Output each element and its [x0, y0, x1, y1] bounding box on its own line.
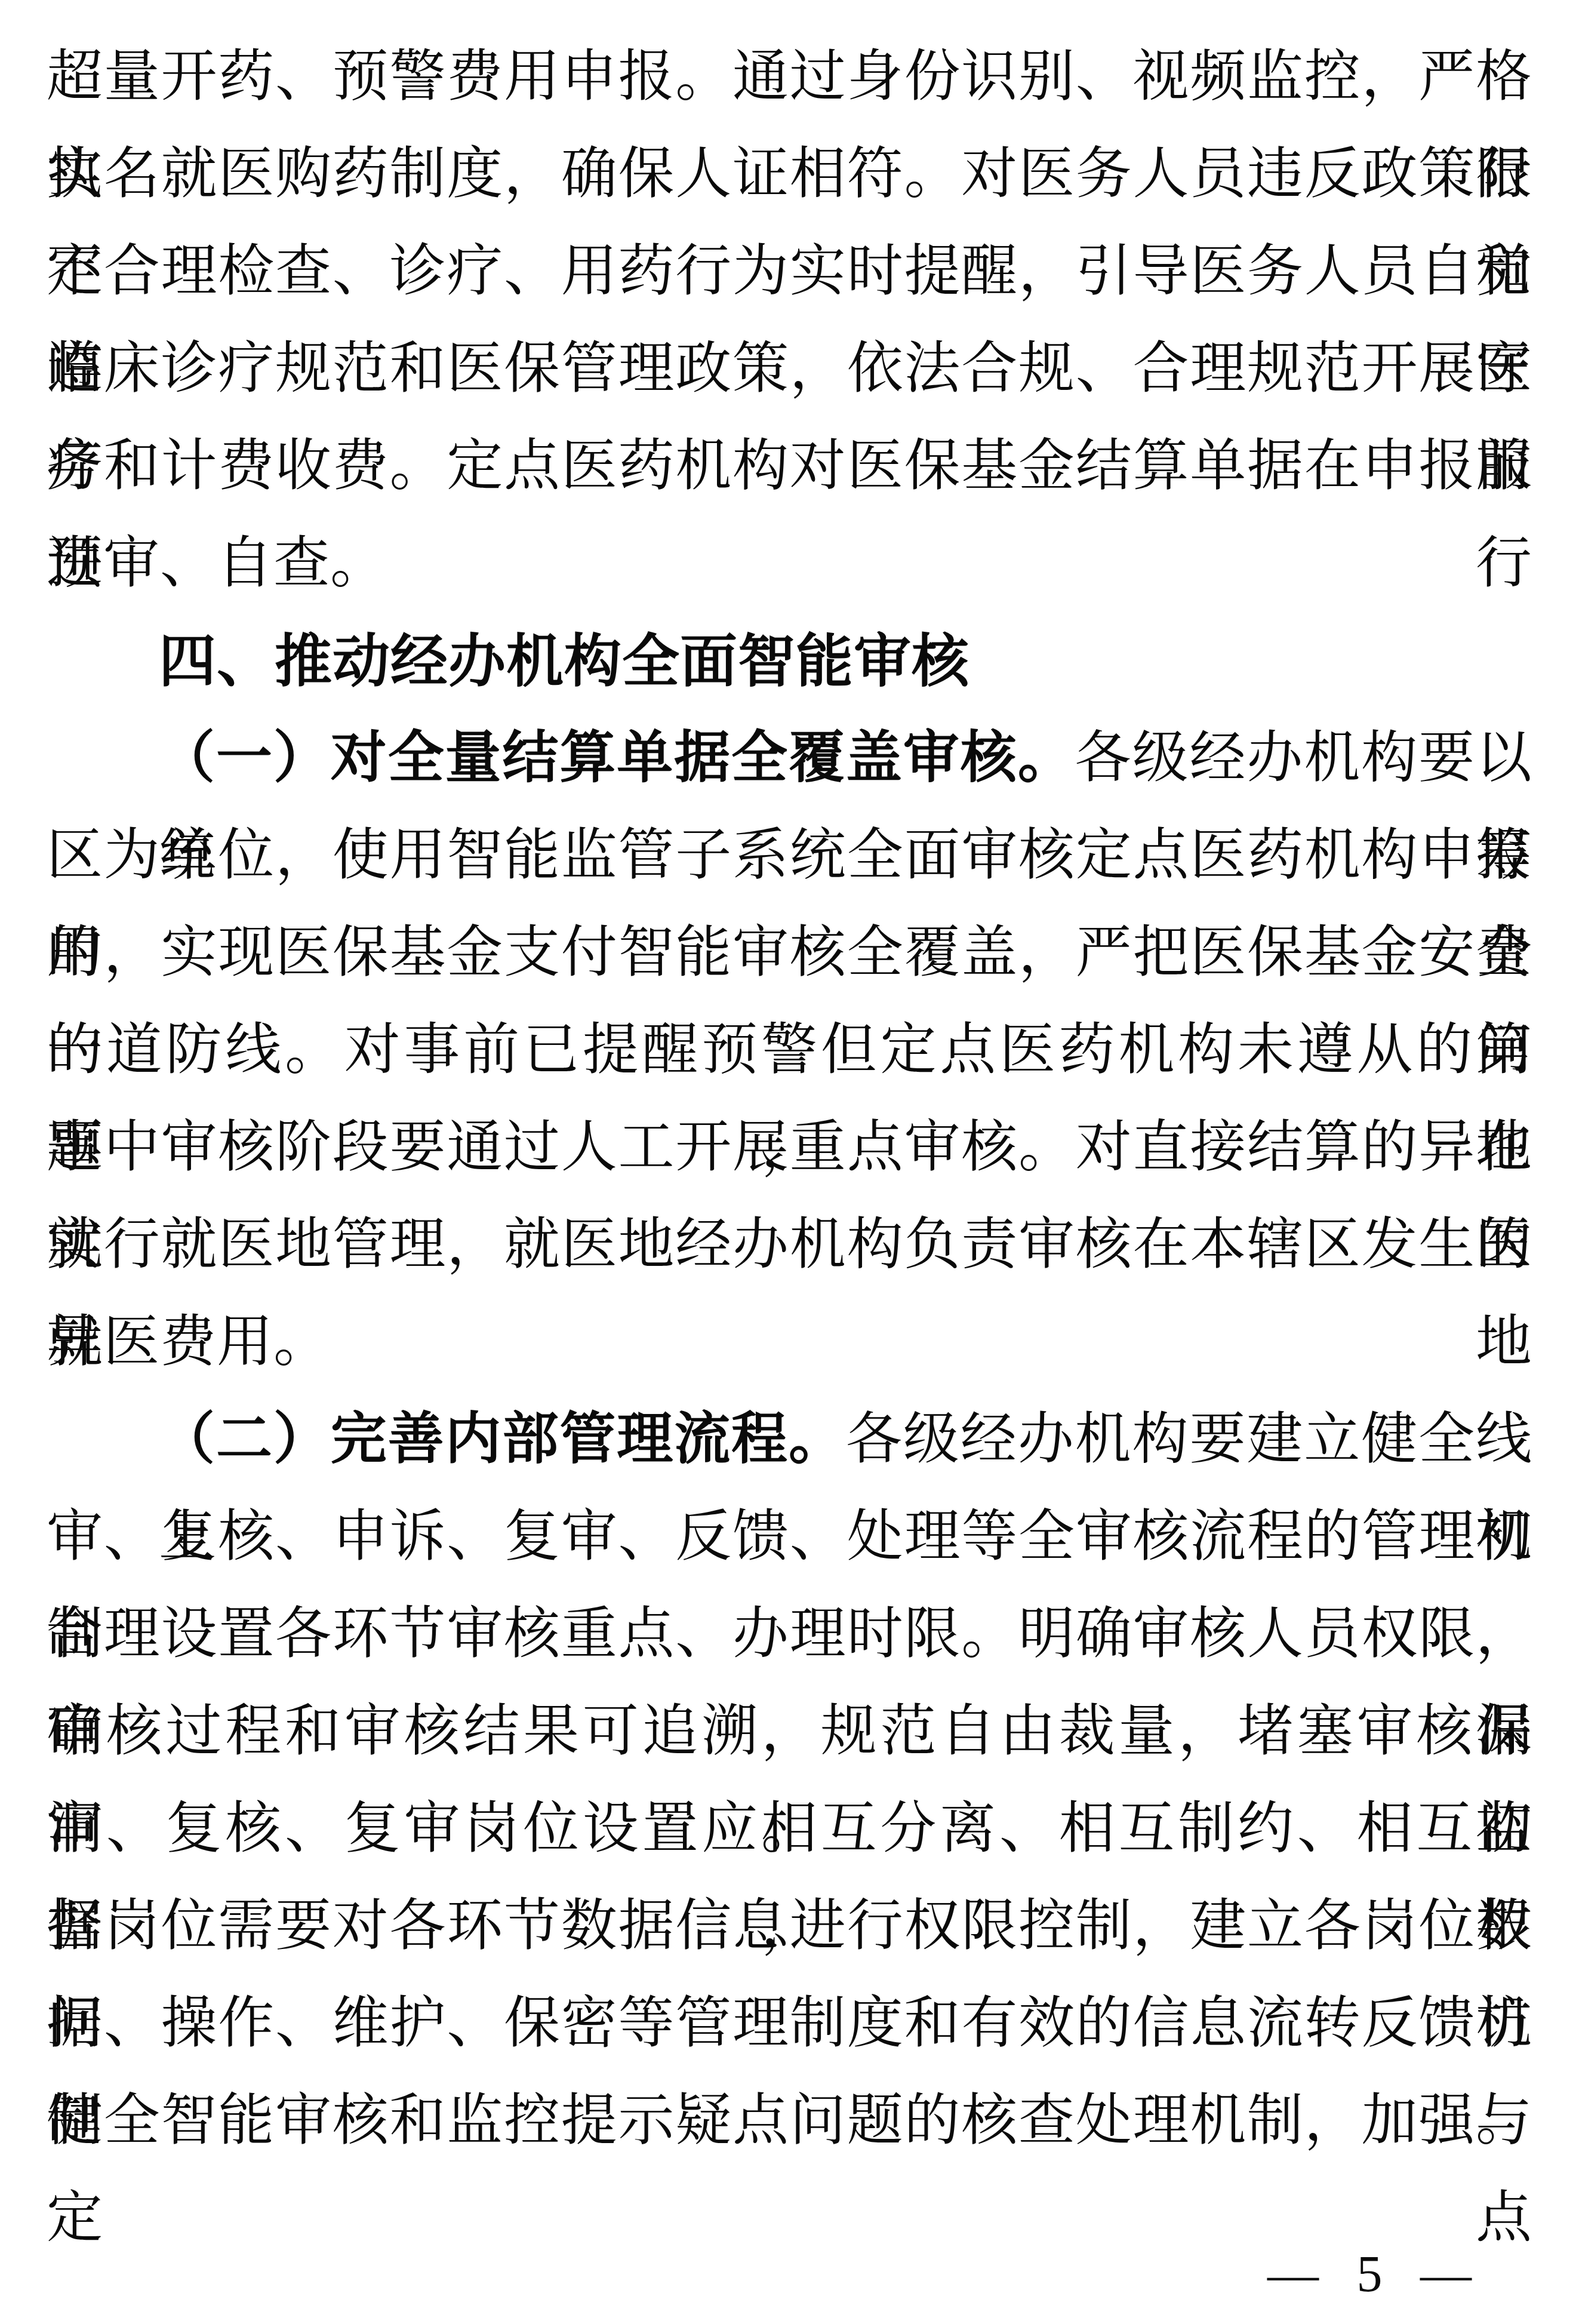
document-page: { "content": { "lines": [ { "text": "超量开… [0, 0, 1579, 2324]
text-line: 事中审核阶段要通过人工开展重点审核。对直接结算的异地就医 [47, 1099, 1532, 1197]
text-line: 健全智能审核和监控提示疑点问题的核查处理机制，加强与定点 [47, 2073, 1532, 2170]
text-line: 问、操作、维护、保密等管理制度和有效的信息流转反馈机制。 [47, 1975, 1532, 2073]
text-line: 务和计费收费。定点医药机构对医保基金结算单据在申报前进行 [47, 418, 1532, 515]
text-line: 用，实现医保基金支付智能审核全覆盖，严把医保基金安全的第 [47, 905, 1532, 1002]
text-line: 一道防线。对事前已提醒预警但定点医药机构未遵从的问题，在 [47, 1002, 1532, 1099]
text-line: 临床诊疗规范和医保管理政策，依法合规、合理规范开展医疗服 [47, 321, 1532, 418]
text-line: 审核过程和审核结果可追溯，规范自由裁量，堵塞审核漏洞。初 [47, 1683, 1532, 1781]
paragraph-lead-in: （二）完善内部管理流程。 [159, 1409, 846, 1471]
text-line: 不合理检查、诊疗、用药行为实时提醒，引导医务人员自觉遵守 [47, 223, 1532, 321]
section-heading-text: 四、推动经办机构全面智能审核 [159, 629, 969, 693]
text-line: 据岗位需要对各环节数据信息进行权限控制，建立各岗位数据访 [47, 1878, 1532, 1975]
document-body: 超量开药、预警费用申报。通过身份识别、视频监控，严格执行 实名就医购药制度，确保… [47, 29, 1532, 2170]
text-line: 审、复核、申诉、复审、反馈、处理等全审核流程的管理机制， [47, 1489, 1532, 1586]
text-line: 超量开药、预警费用申报。通过身份识别、视频监控，严格执行 [47, 29, 1532, 126]
section-heading: 四、推动经办机构全面智能审核 [47, 613, 1532, 710]
text-line-content: 就医费用。 [47, 1311, 330, 1373]
text-line: 实行就医地管理，就医地经办机构负责审核在本辖区发生的异地 [47, 1197, 1532, 1294]
text-line: （二）完善内部管理流程。各级经办机构要建立健全线上初 [47, 1391, 1532, 1489]
paragraph-lead-in: （一）对全量结算单据全覆盖审核。 [159, 727, 1075, 789]
text-line-content: 健全智能审核和监控提示疑点问题的核查处理机制，加强与定点 [47, 2090, 1532, 2249]
text-line: 合理设置各环节审核重点、办理时限。明确审核人员权限，确保 [47, 1586, 1532, 1683]
text-line: 实名就医购药制度，确保人证相符。对医务人员违反政策限定和 [47, 126, 1532, 223]
page-number: — 5 — [1267, 2244, 1472, 2304]
text-line: 审、复核、复审岗位设置应相互分离、相互制约、相互监督，根 [47, 1781, 1532, 1878]
text-line: （一）对全量结算单据全覆盖审核。各级经办机构要以统筹 [47, 710, 1532, 807]
text-line: 区为单位，使用智能监管子系统全面审核定点医药机构申报的费 [47, 807, 1532, 905]
text-line-content: 预审、自查。 [47, 533, 387, 595]
